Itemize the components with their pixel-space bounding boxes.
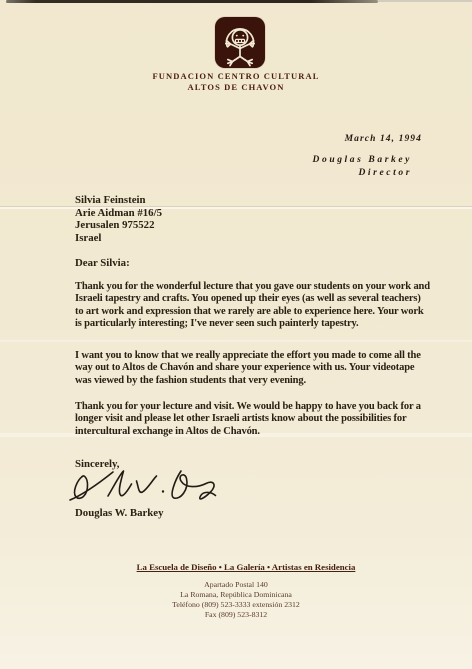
org-logo	[215, 17, 265, 68]
org-name-line1: FUNDACION CENTRO CULTURAL	[0, 71, 472, 81]
footer-address-line: La Romana, República Dominicana	[0, 590, 472, 600]
scan-streak-artifact	[0, 340, 472, 342]
body-paragraph: Thank you for your lecture and visit. We…	[75, 401, 431, 438]
signature-name: Douglas W. Barkey	[75, 507, 164, 519]
recipient-line: Jerusalen 975522	[75, 219, 162, 232]
sender-block: Douglas Barkey Director	[313, 154, 412, 179]
recipient-line: Arie Aidman #16/5	[75, 207, 162, 220]
footer-tagline: La Escuela de Diseño • La Galería • Arti…	[10, 562, 472, 572]
handwritten-signature-icon	[68, 467, 218, 507]
sender-title: Director	[313, 167, 412, 180]
body-paragraph: Thank you for the wonderful lecture that…	[75, 281, 431, 330]
recipient-address: Silvia Feinstein Arie Aidman #16/5 Jerus…	[75, 194, 162, 244]
scan-streak-artifact	[0, 207, 472, 209]
footer-address-line: Teléfono (809) 523-3333 extensión 2312	[0, 600, 472, 610]
sender-name: Douglas Barkey	[313, 154, 412, 167]
scan-edge-artifact-dark	[6, 0, 378, 3]
recipient-line: Israel	[75, 232, 162, 245]
salutation: Dear Silvia:	[75, 257, 130, 269]
scan-edge-artifact-light	[378, 0, 472, 2]
recipient-line: Silvia Feinstein	[75, 194, 162, 207]
petroglyph-figure-icon	[215, 17, 265, 68]
date-line: March 14, 1994	[345, 134, 422, 144]
org-name-line2: ALTOS DE CHAVON	[0, 82, 472, 92]
body-paragraph: I want you to know that we really apprec…	[75, 350, 431, 387]
footer-address-line: Fax (809) 523-8312	[0, 610, 472, 620]
scanned-letter-page: FUNDACION CENTRO CULTURAL ALTOS DE CHAVO…	[0, 0, 472, 669]
footer-address-line: Apartado Postal 140	[0, 580, 472, 590]
footer-address: Apartado Postal 140 La Romana, República…	[0, 580, 472, 620]
